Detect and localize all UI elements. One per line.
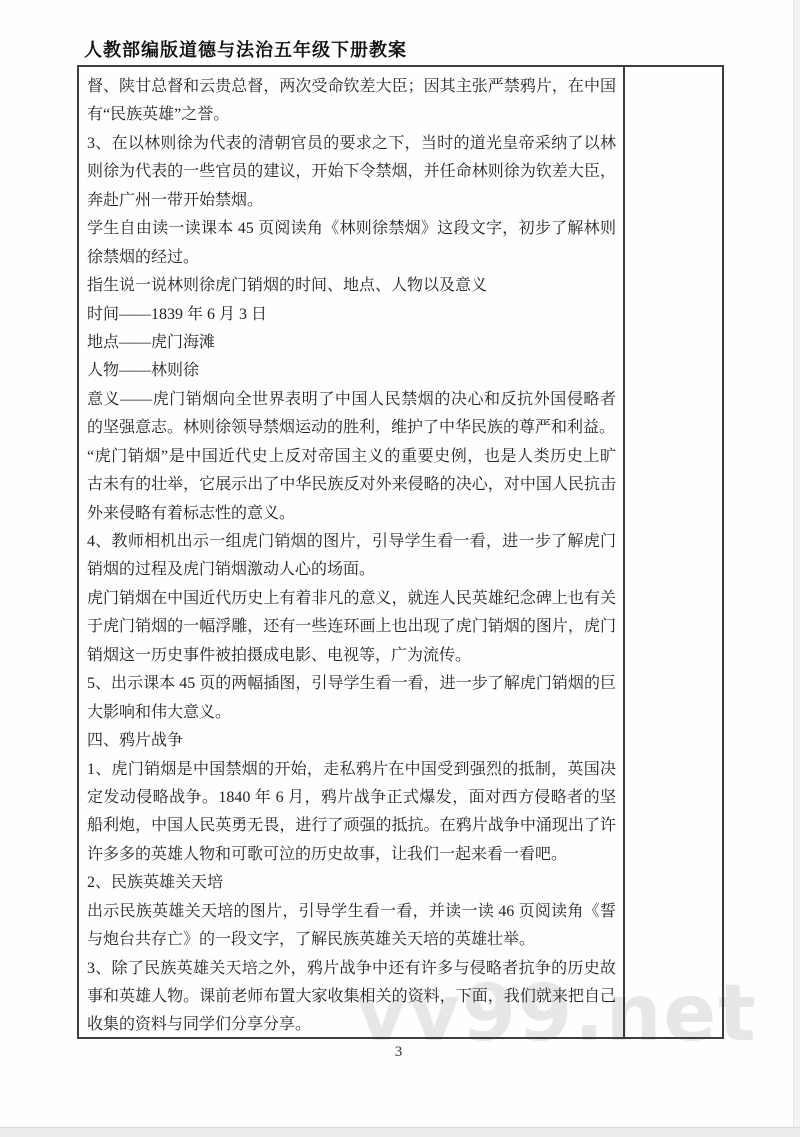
text-line: 人物——林则徐 xyxy=(87,357,616,385)
text-line: 1、虎门销烟是中国禁烟的开始，走私鸦片在中国受到强烈的抵制，英国决 xyxy=(87,756,616,784)
text-line: 销烟的过程及虎门销烟激动人心的场面。 xyxy=(87,556,616,584)
document-page: { "page": { "header_title": "人教部编版道德与法治五… xyxy=(0,0,800,1137)
text-line: 时间——1839 年 6 月 3 日 xyxy=(87,301,616,329)
text-line: 学生自由读一读课本 45 页阅读角《林则徐禁烟》这段文字，初步了解林则 xyxy=(87,215,616,243)
text-line: “虎门销烟”是中国近代史上反对帝国主义的重要史例，也是人类历史上旷 xyxy=(87,443,616,471)
text-line: 四、鸦片战争 xyxy=(87,727,616,755)
text-line: 有“民族英雄”之誉。 xyxy=(87,101,616,129)
text-line: 意义——虎门销烟向全世界表明了中国人民禁烟的决心和反抗外国侵略者 xyxy=(87,386,616,414)
text-line: 古未有的壮举，它展示出了中华民族反对外来侵略的决心，对中国人民抗击 xyxy=(87,471,616,499)
text-line: 收集的资料与同学们分享分享。 xyxy=(87,1011,616,1039)
text-line: 的坚强意志。林则徐领导禁烟运动的胜利，维护了中华民族的尊严和利益。 xyxy=(87,414,616,442)
text-line: 大影响和伟大意义。 xyxy=(87,699,616,727)
text-line: 徐禁烟的经过。 xyxy=(87,244,616,272)
text-line: 3、在以林则徐为代表的清朝官员的要求之下，当时的道光皇帝采纳了以林 xyxy=(87,130,616,158)
text-line: 于虎门销烟的一幅浮雕，还有一些连环画上也出现了虎门销烟的图片，虎门 xyxy=(87,613,616,641)
page-number: 3 xyxy=(77,1044,720,1061)
text-line: 地点——虎门海滩 xyxy=(87,329,616,357)
text-line: 定发动侵略战争。1840 年 6 月，鸦片战争正式爆发，面对西方侵略者的坚 xyxy=(87,784,616,812)
text-line: 与炮台共存亡》的一段文字，了解民族英雄关天培的英雄壮举。 xyxy=(87,926,616,954)
text-line: 销烟这一历史事件被拍摄成电影、电视等，广为流传。 xyxy=(87,642,616,670)
text-line: 奔赴广州一带开始禁烟。 xyxy=(87,187,616,215)
document-header-title: 人教部编版道德与法治五年级下册教案 xyxy=(84,36,407,62)
text-line: 5、出示课本 45 页的两幅插图，引导学生看一看，进一步了解虎门销烟的巨 xyxy=(87,670,616,698)
notes-column-cell xyxy=(625,67,722,1037)
text-line: 虎门销烟在中国近代历史上有着非凡的意义，就连人民英雄纪念碑上也有关 xyxy=(87,585,616,613)
text-line: 督、陕甘总督和云贵总督，两次受命钦差大臣；因其主张严禁鸦片，在中国 xyxy=(87,73,616,101)
text-line: 则徐为代表的一些官员的建议，开始下令禁烟，并任命林则徐为钦差大臣， xyxy=(87,158,616,186)
text-line: 2、民族英雄关天培 xyxy=(87,869,616,897)
text-line: 事和英雄人物。课前老师布置大家收集相关的资料，下面，我们就来把自己 xyxy=(87,983,616,1011)
text-line: 4、教师相机出示一组虎门销烟的图片，引导学生看一看，进一步了解虎门 xyxy=(87,528,616,556)
text-line: 出示民族英雄关天培的图片，引导学生看一看，并读一读 46 页阅读角《誓 xyxy=(87,898,616,926)
text-line: 许多多的英雄人物和可歌可泣的历史故事，让我们一起来看一看吧。 xyxy=(87,841,616,869)
text-line: 3、除了民族英雄关天培之外，鸦片战争中还有许多与侵略者抗争的历史故 xyxy=(87,955,616,983)
page-bottom-gap xyxy=(0,1127,800,1137)
lesson-plan-table: 督、陕甘总督和云贵总督，两次受命钦差大臣；因其主张严禁鸦片，在中国有“民族英雄”… xyxy=(77,65,724,1039)
text-line: 外来侵略有着标志性的意义。 xyxy=(87,500,616,528)
text-line: 船利炮，中国人民英勇无畏，进行了顽强的抵抗。在鸦片战争中涌现出了许 xyxy=(87,812,616,840)
lesson-content-cell: 督、陕甘总督和云贵总督，两次受命钦差大臣；因其主张严禁鸦片，在中国有“民族英雄”… xyxy=(79,67,625,1037)
page-right-edge xyxy=(793,0,800,1137)
text-line: 指生说一说林则徐虎门销烟的时间、地点、人物以及意义 xyxy=(87,272,616,300)
